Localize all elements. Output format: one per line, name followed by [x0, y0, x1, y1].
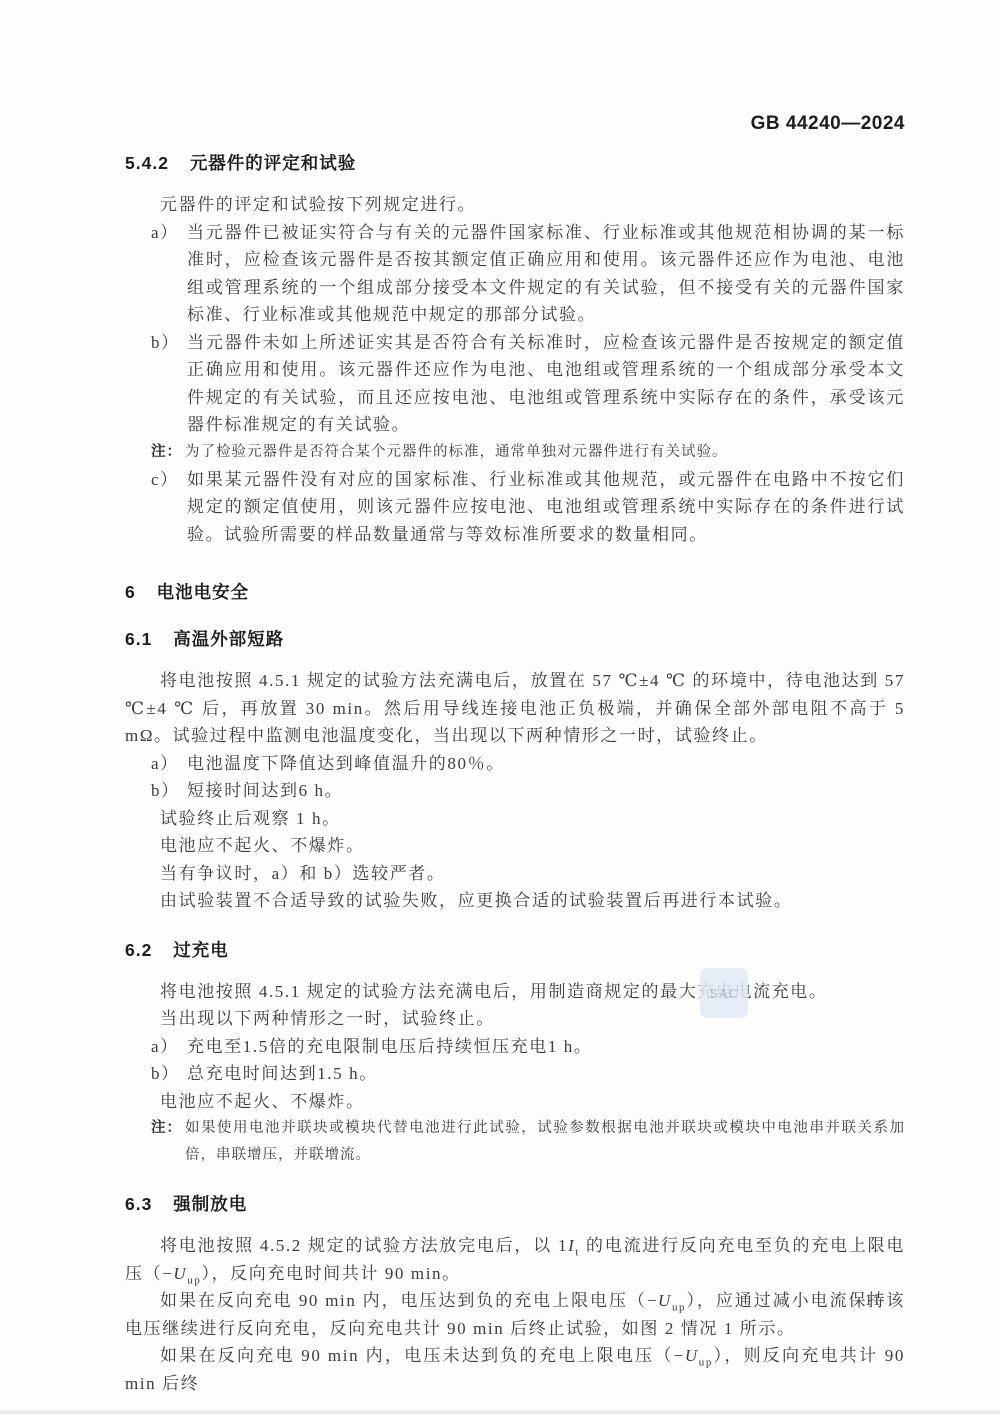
heading-6-2: 6.2 过充电 [125, 939, 905, 961]
section-number: 6.1 [125, 629, 152, 649]
section-title: 强制放电 [173, 1194, 247, 1214]
text-run: 将电池按照 4.5.2 规定的试验方法放完电后，以 1 [160, 1236, 568, 1255]
note-5-4-2: 注： 为了检验元器件是否符合某个元器件的标准，通常单独对元器件进行有关试验。 [151, 439, 905, 466]
text-run: 如果在反向充电 90 min 内，电压达到负的充电上限电压（− [160, 1291, 658, 1310]
paragraph: 电池应不起火、不爆炸。 [125, 1088, 905, 1116]
paragraph: 试验终止后观察 1 h。 [125, 805, 905, 833]
math-subscript: up [699, 1356, 713, 1368]
note-text: 为了检验元器件是否符合某个元器件的标准，通常单独对元器件进行有关试验。 [185, 439, 905, 466]
list-text: 充电至1.5倍的充电限制电压后持续恒压充电1 h。 [187, 1033, 905, 1061]
text-run: 如果在反向充电 90 min 内，电压未达到负的充电上限电压（− [160, 1346, 685, 1365]
list-text: 短接时间达到6 h。 [187, 777, 905, 805]
list-label: b） [151, 329, 187, 439]
note-label: 注： [151, 1115, 185, 1169]
math-subscript: up [187, 1274, 201, 1286]
list-item-a: a） 当元器件已被证实符合与有关的元器件国家标准、行业标准或其他规范相协调的某一… [151, 219, 905, 329]
list-label: a） [151, 750, 187, 778]
section-number: 5.4.2 [125, 153, 169, 173]
heading-5-4-2: 5.4.2 元器件的评定和试验 [125, 152, 905, 174]
list-item-b: b） 短接时间达到6 h。 [151, 777, 905, 805]
page-bottom-edge [0, 1410, 1000, 1414]
paragraph-formula: 将电池按照 4.5.2 规定的试验方法放完电后，以 1It 的电流进行反向充电至… [125, 1232, 905, 1287]
list-item-a: a） 充电至1.5倍的充电限制电压后持续恒压充电1 h。 [151, 1033, 905, 1061]
section-title: 元器件的评定和试验 [190, 153, 357, 173]
page-number: 11 [856, 1292, 890, 1310]
math-subscript: up [672, 1301, 686, 1313]
paragraph: 将电池按照 4.5.1 规定的试验方法充满电后，放置在 57 ℃±4 ℃ 的环境… [125, 667, 905, 750]
text-run: ），反向充电时间共计 90 min。 [201, 1264, 460, 1283]
note-6-2: 注： 如果使用电池并联块或模块代替电池进行此试验，试验参数根据电池并联块或模块中… [151, 1115, 905, 1169]
list-item-b: b） 总充电时间达到1.5 h。 [151, 1060, 905, 1088]
paragraph: 当出现以下两种情形之一时，试验终止。 [125, 1005, 905, 1033]
section-number: 6.3 [125, 1194, 152, 1214]
sac-watermark-logo: SAC [700, 968, 748, 1018]
math-variable: U [685, 1346, 699, 1365]
section-title: 高温外部短路 [173, 629, 284, 649]
list-label: b） [151, 777, 187, 805]
note-label: 注： [151, 439, 185, 466]
page-content: 5.4.2 元器件的评定和试验 元器件的评定和试验按下列规定进行。 a） 当元器… [125, 148, 905, 1397]
math-variable: U [658, 1291, 672, 1310]
list-text: 电池温度下降值达到峰值温升的80％。 [187, 750, 905, 778]
document-page: GB 44240—2024 5.4.2 元器件的评定和试验 元器件的评定和试验按… [0, 0, 1000, 1414]
list-text: 如果某元器件没有对应的国家标准、行业标准或其他规范，或元器件在电路中不按它们规定… [187, 466, 905, 549]
list-text: 当元器件未如上所述证实其是否符合有关标准时，应检查该元器件是否按规定的额定值正确… [187, 329, 905, 439]
paragraph-intro: 元器件的评定和试验按下列规定进行。 [125, 191, 905, 219]
paragraph: 由试验装置不合适导致的试验失败，应更换合适的试验装置后再进行本试验。 [125, 887, 905, 915]
section-number: 6.2 [125, 940, 152, 960]
list-label: b） [151, 1060, 187, 1088]
list-item-c: c） 如果某元器件没有对应的国家标准、行业标准或其他规范，或元器件在电路中不按它… [151, 466, 905, 549]
heading-6-3: 6.3 强制放电 [125, 1193, 905, 1215]
paragraph: 电池应不起火、不爆炸。 [125, 832, 905, 860]
paragraph: 将电池按照 4.5.1 规定的试验方法充满电后，用制造商规定的最大充电电流充电。 [125, 978, 905, 1006]
heading-6-1: 6.1 高温外部短路 [125, 628, 905, 650]
list-label: c） [151, 466, 187, 549]
paragraph: 当有争议时，a）和 b）选较严者。 [125, 860, 905, 888]
list-label: a） [151, 1033, 187, 1061]
note-text: 如果使用电池并联块或模块代替电池进行此试验，试验参数根据电池并联块或模块中电池串… [185, 1115, 905, 1169]
section-title: 电池电安全 [157, 582, 250, 602]
section-number: 6 [125, 582, 136, 602]
paragraph-formula: 如果在反向充电 90 min 内，电压达到负的充电上限电压（−Uup），应通过减… [125, 1287, 905, 1342]
list-item-a: a） 电池温度下降值达到峰值温升的80％。 [151, 750, 905, 778]
list-text: 当元器件已被证实符合与有关的元器件国家标准、行业标准或其他规范相协调的某一标准时… [187, 219, 905, 329]
heading-6: 6 电池电安全 [125, 581, 905, 603]
list-item-b: b） 当元器件未如上所述证实其是否符合有关标准时，应检查该元器件是否按规定的额定… [151, 329, 905, 439]
list-label: a） [151, 219, 187, 329]
doc-number: GB 44240—2024 [751, 113, 905, 135]
section-title: 过充电 [173, 940, 229, 960]
paragraph-formula: 如果在反向充电 90 min 内，电压未达到负的充电上限电压（−Uup），则反向… [125, 1342, 905, 1397]
list-text: 总充电时间达到1.5 h。 [187, 1060, 905, 1088]
math-variable: U [173, 1264, 187, 1283]
